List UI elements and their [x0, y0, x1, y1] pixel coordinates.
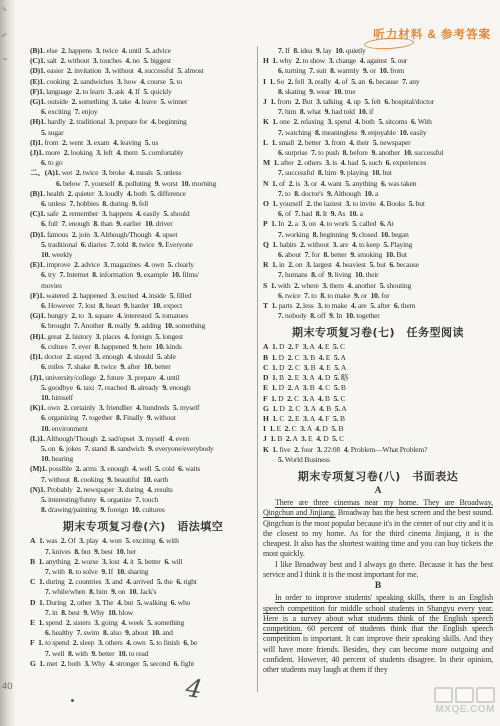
answer-line: H 1. C 2. E 3. A 4. F 5. B — [263, 414, 493, 424]
answer-line: K 1. five 2. four 3. 22:08 4. Problem—Wh… — [263, 445, 493, 455]
section-title: 期末专项复习卷(八) 书面表达 — [263, 468, 493, 484]
answer-line: A 1. D 2. F 3. A 4. E 5. C — [263, 342, 493, 352]
watermark-logo-block — [476, 687, 495, 703]
answer-line: D 1. During 2. other 3. The 4. but 5. wa… — [30, 598, 256, 608]
answer-line: 7. If 8. idea 9. lay 10. quietly — [263, 46, 493, 56]
answer-line: 6. miles 7. shake 8. twice 9. after 10. … — [30, 362, 256, 372]
answer-book-page: 听力材料 & 参考答案 (B)1. else 2. happens 3. twi… — [0, 0, 500, 726]
answer-line: P 1. In 2. a 3. on 4. to work 5. called … — [263, 219, 493, 229]
answer-line: I 1. So 2. fell 3. really 4. of 5. an 6.… — [263, 77, 493, 87]
answer-line: J 1. from 2. But 3. talking 4. up 5. fel… — [263, 97, 493, 107]
composition-paragraph: There are three cinemas near my home. Th… — [263, 498, 493, 560]
answer-line: 7. humans 8. of 9. living 10. their — [263, 270, 493, 280]
answer-line: (J)1. more 2. looking 3. left 4. them 5.… — [30, 148, 256, 158]
answer-line: (H)1. great 2. history 3. places 4. fore… — [30, 332, 256, 342]
watermark-logo-block — [434, 687, 453, 703]
answer-line: (E)1. cooking 2. sandwiches 3. how 4. co… — [30, 77, 256, 87]
answer-line: (J)1. university/college 2. future 3. pr… — [30, 373, 256, 383]
answer-line: 6. about 7. for 8. better 9. smoking 10.… — [263, 250, 493, 260]
answer-line: G 1. met 2. both 3. Why 4. stronger 5. s… — [30, 659, 256, 669]
answer-line: 6. try 7. Internet 8. information 9. exa… — [30, 270, 256, 280]
answer-line: H 1. why 2. to show 3. change 4. against… — [263, 56, 493, 66]
answer-line: (N)1. Probably 2. newspaper 3. during 4.… — [30, 485, 256, 495]
answer-line: 7. with 8. to solve 9. If 10. sharing — [30, 567, 256, 577]
answer-line: (M)1. possible 2. arms 3. enough 4. well… — [30, 464, 256, 474]
answer-line: L 1. small 2. better 3. from 4. their 5.… — [263, 138, 493, 148]
answer-line: (G)1. hungry 2. to 3. square 4. interest… — [30, 311, 256, 321]
answer-line: E 1. D 2. A 3. B 4. C 5. B — [263, 383, 493, 393]
answer-line: 7. while/when 8. him 9. on 10. Jack's — [30, 587, 256, 597]
answer-line: (I)1. doctor 2. stayed 3. enough 4. shou… — [30, 352, 256, 362]
answer-line: 6. of 7. had 8. It 9. As 10. a — [263, 209, 493, 219]
answer-line: movies — [30, 281, 256, 291]
answer-line: G 1. D 2. C 3. A 4. B 5. A — [263, 404, 493, 414]
answer-line: (B)1. else 2. happens 3. twice 4. until … — [30, 46, 256, 56]
answer-line: 6. healthy 7. swim 8. also 9. about 10. … — [30, 628, 256, 638]
answer-line: (D)1. famous 2. join 3. Although/Though … — [30, 230, 256, 240]
answer-line: M 1. after 2. others 3. is 4. had 5. suc… — [263, 158, 493, 168]
answer-line: 6. exciting 7. enjoy — [30, 107, 256, 117]
answer-line: K 1. one 2. relaxing 3. spend 4. both 5.… — [263, 117, 493, 127]
answer-line: D 1. B 2. E 3. A 4. D 5. 略 — [263, 373, 493, 383]
page-binding-edge — [0, 0, 16, 726]
answer-line: R 1. in 2. on 3. largest 4. heaviest 5. … — [263, 260, 493, 270]
answers-right-column: 7. If 8. idea 9. lay 10. quietly H 1. wh… — [263, 46, 493, 676]
answer-line: 6. However 7. lost 8. heart 9. harder 10… — [30, 301, 256, 311]
answer-line: 7. in 8. best 9. Why 10. blow — [30, 608, 256, 618]
site-watermark: MXQE.COM — [434, 687, 495, 715]
answer-line: 10. environment — [30, 424, 256, 434]
answer-line: F 1. to spend 2. sleep 3. others 4. own … — [30, 638, 256, 648]
answer-line: S 1. with 2. where 3. them 4. another 5.… — [263, 281, 493, 291]
answer-line: 5. on 6. jokes 7. stand 8. sandwich 9. e… — [30, 444, 256, 454]
answer-line: 5. sugar — [30, 128, 256, 138]
answer-line: 6. turning 7. suit 8. warmly 9. or 10. f… — [263, 66, 493, 76]
watermark-site-text: MXQE.COM — [434, 704, 495, 715]
answer-line: F 1. D 2. C 3. A 4. B 5. C — [263, 394, 493, 404]
answer-line: I 1. E 2. C 3. A 4. D 5. B — [263, 424, 493, 434]
composition-paragraph: I like Broadway best and I always go the… — [263, 560, 493, 581]
answer-line: C 1. D 2. C 3. B 4. E 5. A — [263, 363, 493, 373]
answer-line: (E)1. improve 2. advice 3. magazines 4. … — [30, 260, 256, 270]
answer-line: (I)1. from 2. went 3. exam 4. leaving 5.… — [30, 138, 256, 148]
answer-line: 7. working 8. beginning 9. closed 10. be… — [263, 230, 493, 240]
answer-line: (H)1. hardly 2. traditional 3. prepare f… — [30, 117, 256, 127]
answer-line: (L)1. Although/Though 2. sad/upset 3. my… — [30, 434, 256, 444]
answer-line: J 1. B 2. A 3. E 4. D 5. C — [263, 434, 493, 444]
answer-line: 6. surprise 7. to push 8. before 9. anot… — [263, 148, 493, 158]
answer-line: (F)1. watered 2. happened 3. excited 4. … — [30, 291, 256, 301]
answer-line: 6. unless 7. hobbies 8. during 9. fell — [30, 199, 256, 209]
watermark-logo-block — [455, 687, 474, 703]
answer-line: C 1. during 2. countries 3. and 4. arriv… — [30, 577, 256, 587]
answer-line: 7. without 8. cooking 9. beautiful 10. e… — [30, 475, 256, 485]
answer-line: (K)1. own 2. certainly 3. friendlier 4. … — [30, 403, 256, 413]
handwritten-mark: 4 — [184, 673, 204, 704]
answer-line: 7. well 8. with 9. better 10. to read — [30, 649, 256, 659]
answer-line: 6. below 7. yourself 8. polluting 9. wor… — [30, 179, 256, 189]
composition-label: B — [263, 581, 493, 592]
answer-line: 7. nobody 8. off 9. In 10. together — [263, 311, 493, 321]
answer-line: O 1. yourself 2. the laziest 3. to invit… — [263, 199, 493, 209]
answer-line: 6. brought 7. Another 8. really 9. addin… — [30, 321, 256, 331]
answer-line: E 1. spend 2. sisters 3. going 4. week 5… — [30, 618, 256, 628]
answer-line: 5. interesting/funny 6. organize 7. touc… — [30, 495, 256, 505]
section-title: 期末专项复习卷(六) 语法填空 — [30, 518, 256, 534]
answer-line: 6. organizing 7. together 8. Finally 9. … — [30, 413, 256, 423]
section-title: 期末专项复习卷(七) 任务型阅读 — [263, 324, 493, 340]
answer-line: 6. twice 7. to 8. to make 9. or 10. for — [263, 291, 493, 301]
answer-line: 二、(A)1. wet 2. twice 3. broke 4. meals 5… — [30, 168, 256, 178]
answer-line: 8. skating 9. wear 10. true — [263, 87, 493, 97]
answer-line: 10. weekly — [30, 250, 256, 260]
answer-line: 7. successful 8. him 9. playing 10. but — [263, 168, 493, 178]
answer-line: A 1. was 2. Of 3. play 4. won 5. excitin… — [30, 536, 256, 546]
answer-line: Q 1. habits 2. without 3. are 4. to keep… — [263, 240, 493, 250]
answer-line: 5. traditional 6. diaries 7. told 8. twi… — [30, 240, 256, 250]
answer-line: (D)1. easier 2. invitation 3. without 4.… — [30, 66, 256, 76]
answer-line: T 1. parts 2. less 3. to make 4. are 5. … — [263, 301, 493, 311]
answer-line: B 1. D 2. C 3. B 4. E 5. A — [263, 353, 493, 363]
ink-dot — [71, 699, 74, 702]
page-number: 40 — [2, 681, 13, 692]
answer-line: 7. watching 8. meaningless 9. enjoyable … — [263, 128, 493, 138]
answer-line: 8. drawing/painting 9. foreign 10. cultu… — [30, 505, 256, 515]
answer-line: (B)1. health 2. quieter 3. loudly 4. bot… — [30, 189, 256, 199]
answer-line: 6. to go — [30, 158, 256, 168]
answer-line: (G)1. outside 2. something 3. take 4. le… — [30, 97, 256, 107]
answer-line: 5. goodbye 6. taxi 7. reached 8. already… — [30, 383, 256, 393]
answer-line: (F)1. language 2. to learn 3. ask 4. If … — [30, 87, 256, 97]
composition-label: A — [263, 486, 493, 497]
answer-line: 5. World Business — [263, 455, 493, 465]
answer-line: 7. knives 8. but 9. best 10. her — [30, 547, 256, 557]
answer-line: B 1. anything 2. worse 3. lost 4. it 5. … — [30, 557, 256, 567]
answer-line: 10. hearing — [30, 454, 256, 464]
answer-line: (C)1. salt 2. without 3. touches 4. no 5… — [30, 56, 256, 66]
answers-left-column: (B)1. else 2. happens 3. twice 4. until … — [30, 46, 256, 669]
column-divider — [257, 46, 258, 692]
watermark-logo-blocks — [434, 687, 495, 703]
paragraph-text: I like Broadway best and I always go the… — [263, 560, 493, 579]
answer-line: 6. full 7. enough 8. than 9. earlier 10.… — [30, 219, 256, 229]
answer-line: 6. culture 7. ever 8. happened 9. here 1… — [30, 342, 256, 352]
answer-line: (C)1. safe 2. remember 3. happens 4. eas… — [30, 209, 256, 219]
answer-line: N 1. of 2. is 3. or 4. want 5. anything … — [263, 179, 493, 189]
composition-paragraph: In order to improve students' speaking s… — [263, 593, 493, 675]
answer-line: 7. to 8. doctor's 9. Although 10. a — [263, 189, 493, 199]
answer-line: 7. him 8. what 9. had told 10. if — [263, 107, 493, 117]
answer-line: 10. himself — [30, 393, 256, 403]
